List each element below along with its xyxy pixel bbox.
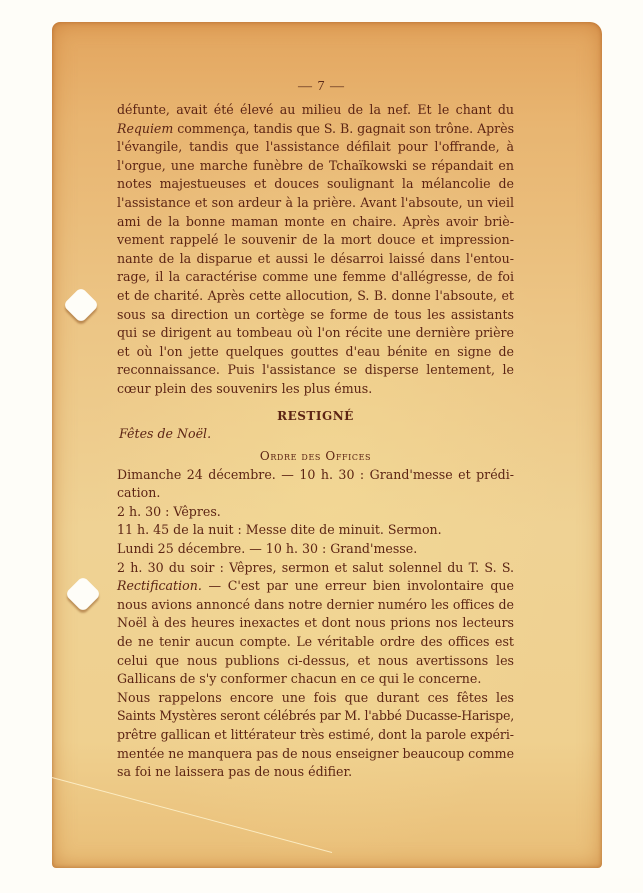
text-line: de ne tenir aucun compte. Le véritable o… (117, 633, 514, 652)
document-body: défunte, avait été élevé au milieu de la… (117, 101, 514, 782)
schedule-item: 11 h. 45 de la nuit : Messe dite de minu… (117, 521, 514, 540)
text-line: nous avions annoncé dans notre dernier n… (117, 596, 514, 615)
text-line: Noël à des heures inexactes et dont nous… (117, 614, 514, 633)
text-line: ami de la bonne maman monte en chaire. A… (117, 213, 514, 232)
section-heading-restigne: RESTIGNÉ (117, 407, 514, 425)
punch-hole-upper (63, 287, 100, 324)
punch-hole-lower (65, 576, 102, 613)
rectification-first-line: Rectification. — C'est par une erreur bi… (117, 577, 514, 596)
text-line: et où l'on jette quelques gouttes d'eau … (117, 343, 514, 362)
text-fragment: commença, tandis que S. B. gagnait son t… (177, 121, 514, 136)
page-number: — 7 — (0, 79, 643, 95)
text-line: Saints Mystères seront célébrés par M. l… (117, 707, 514, 726)
text-line: notes majestueuses et douces soulignant … (117, 175, 514, 194)
text-line: reconnaissance. Puis l'assistance se dis… (117, 361, 514, 380)
text-line: l'assistance et son ardeur à la prière. … (117, 194, 514, 213)
offices-heading: Ordre des Offices (117, 447, 514, 466)
subtitle-text: Fêtes de Noël. (119, 426, 211, 441)
text-fragment: — C'est par une erreur bien involontaire… (208, 578, 514, 593)
rectification-paragraph: Rectification. — C'est par une erreur bi… (117, 577, 514, 689)
schedule-item: 2 h. 30 : Vêpres. (117, 503, 514, 522)
schedule-item: 2 h. 30 du soir : Vêpres, sermon et salu… (117, 559, 514, 578)
text-line: rage, il la caractérise comme une femme … (117, 268, 514, 287)
text-line: qui se dirigent au tombeau où l'on récit… (117, 324, 514, 343)
schedule-list: Dimanche 24 décembre. — 10 h. 30 : Grand… (117, 466, 514, 578)
closing-paragraph: Nous rappelons encore une fois que duran… (117, 689, 514, 782)
text-line-requiem: Requiem commença, tandis que S. B. gagna… (117, 120, 514, 139)
text-line: nante de la disparue et aussi le désarro… (117, 250, 514, 269)
text-line: prêtre gallican et littérateur très esti… (117, 726, 514, 745)
text-line: celui que nous publions ci-dessus, et no… (117, 652, 514, 671)
text-line: l'orgue, une marche funèbre de Tchaïkows… (117, 157, 514, 176)
text-line: et de charité. Après cette allocution, S… (117, 287, 514, 306)
section-subtitle: Fêtes de Noël. (117, 425, 514, 444)
text-line: cœur plein des souvenirs les plus émus. (117, 380, 514, 399)
text-line: défunte, avait été élevé au milieu de la… (117, 101, 514, 120)
schedule-item: Dimanche 24 décembre. — 10 h. 30 : Grand… (117, 466, 514, 485)
schedule-item-continuation: cation. (117, 484, 514, 503)
schedule-item: Lundi 25 décembre. — 10 h. 30 : Grand'me… (117, 540, 514, 559)
text-line: Nous rappelons encore une fois que duran… (117, 689, 514, 708)
text-line: mentée ne manquera pas de nous enseigner… (117, 745, 514, 764)
rectification-label: Rectification. (117, 578, 202, 593)
paragraph-funeral: défunte, avait été élevé au milieu de la… (117, 101, 514, 399)
text-line: vement rappelé le souvenir de la mort do… (117, 231, 514, 250)
text-line: sa foi ne laissera pas de nous édifier. (117, 763, 514, 782)
text-line: Gallicans de s'y conformer chacun en ce … (117, 670, 514, 689)
italic-requiem: Requiem (117, 121, 173, 136)
text-line: l'évangile, tandis que l'assistance défi… (117, 138, 514, 157)
text-line: sous sa direction un cortège se forme de… (117, 306, 514, 325)
